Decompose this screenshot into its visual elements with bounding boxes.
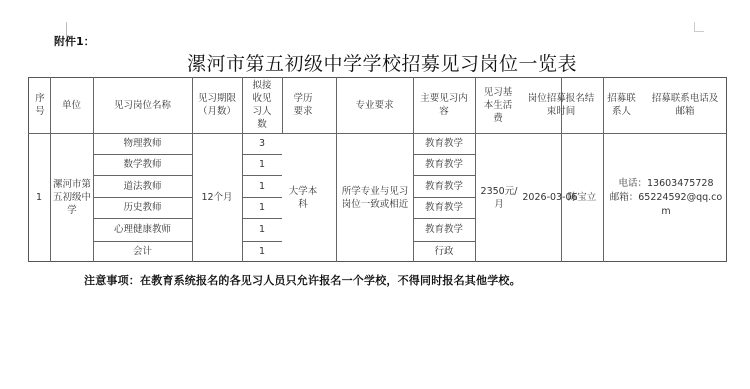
duration-value: 12个月 xyxy=(192,133,242,262)
document-title: 漯河市第五初级中学学校招募见习岗位一览表 xyxy=(0,49,750,76)
position-content: 教育教学 xyxy=(413,154,475,175)
position-content: 教育教学 xyxy=(413,218,475,241)
notice-text: 注意事项：在教育系统报名的各见习人员只允许报名一个学校，不得同时报名其他学校。 xyxy=(84,272,521,288)
position-count: 1 xyxy=(242,218,282,241)
position-name: 物理教师 xyxy=(93,133,192,154)
header-planned-count: 拟接收见习人数 xyxy=(248,77,276,133)
education-value: 大学本科 xyxy=(288,133,318,262)
position-name: 数学教师 xyxy=(93,154,192,175)
attachment-label: 附件1： xyxy=(54,33,95,49)
col-divider xyxy=(282,77,283,133)
position-count: 1 xyxy=(242,154,282,175)
header-contact-person: 招募联系人 xyxy=(603,77,640,133)
position-count: 1 xyxy=(242,197,282,218)
header-deadline: 岗位招募报名结束时间 xyxy=(526,77,596,133)
header-unit: 单位 xyxy=(50,77,93,133)
position-name: 会计 xyxy=(93,241,192,262)
page-corner-mark xyxy=(694,22,704,32)
header-contact-info: 招募联系电话及邮箱 xyxy=(648,77,722,133)
position-count: 1 xyxy=(242,175,282,197)
header-allowance: 见习基本生活费 xyxy=(480,77,516,133)
contact-info-value: 电话：13603475728 邮箱：65224592@qq.com xyxy=(608,133,724,262)
position-count: 3 xyxy=(242,133,282,154)
allowance-value: 2350元/月 xyxy=(480,133,518,262)
row-index: 1 xyxy=(28,133,50,262)
header-index: 序号 xyxy=(31,77,49,133)
header-position-name: 见习岗位名称 xyxy=(93,77,192,133)
positions-table: 序号 单位 见习岗位名称 见习期限（月数） 拟接收见习人数 学历要求 专业要求 … xyxy=(28,77,727,262)
major-value: 所学专业与见习岗位一致或相近 xyxy=(340,133,410,262)
position-name: 历史教师 xyxy=(93,197,192,218)
position-content: 教育教学 xyxy=(413,133,475,154)
header-education: 学历要求 xyxy=(290,77,316,133)
col-divider xyxy=(475,77,476,262)
header-duration: 见习期限（月数） xyxy=(198,77,236,133)
unit-name: 漯河市第五初级中学 xyxy=(52,133,92,262)
position-name: 道法教师 xyxy=(93,175,192,197)
contact-person-value: 陈宝立 xyxy=(561,133,603,262)
position-content: 教育教学 xyxy=(413,197,475,218)
position-content: 教育教学 xyxy=(413,175,475,197)
header-major: 专业要求 xyxy=(336,77,413,133)
position-name: 心理健康教师 xyxy=(93,218,192,241)
position-count: 1 xyxy=(242,241,282,262)
position-content: 行政 xyxy=(413,241,475,262)
header-content: 主要见习内容 xyxy=(418,77,470,133)
